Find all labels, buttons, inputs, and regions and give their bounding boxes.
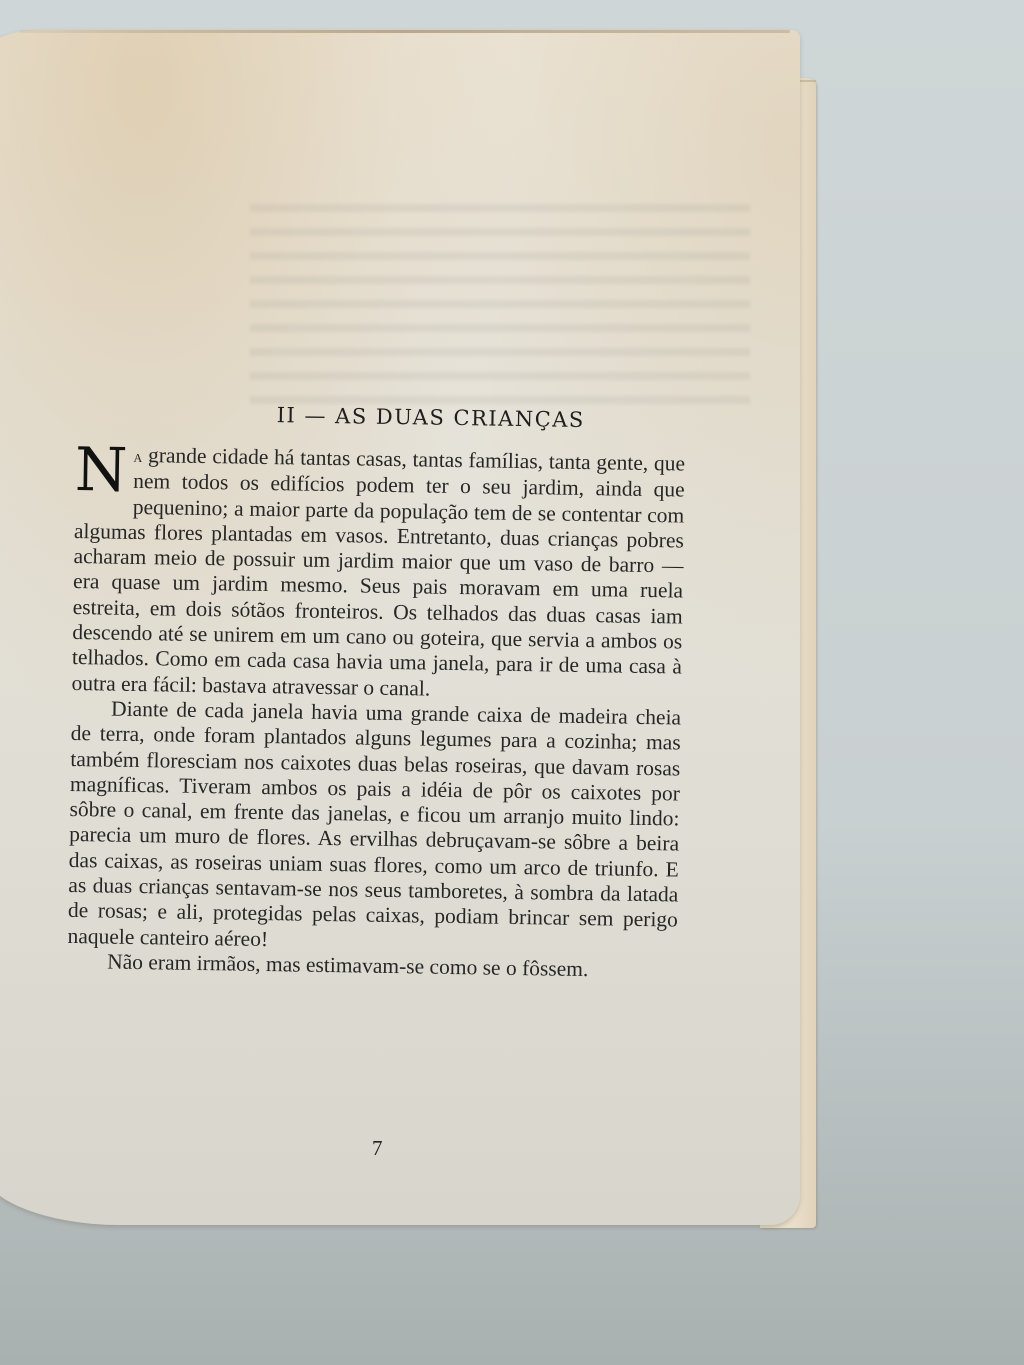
paragraph-1: Na grande cidade há tantas casas, tantas… [71,442,685,706]
drop-cap: N [75,446,128,495]
page-content: II — AS DUAS CRIANÇAS Na grande cidade h… [67,400,686,984]
page-number: 7 [372,1136,383,1161]
paragraph-2: Diante de cada janela havia uma grande c… [67,696,681,959]
aged-page-edge [20,30,790,33]
paragraph-1-text: grande cidade há tantas casas, tantas fa… [71,443,685,700]
bleed-through-text [250,190,750,420]
body-text: Na grande cidade há tantas casas, tantas… [67,442,685,984]
